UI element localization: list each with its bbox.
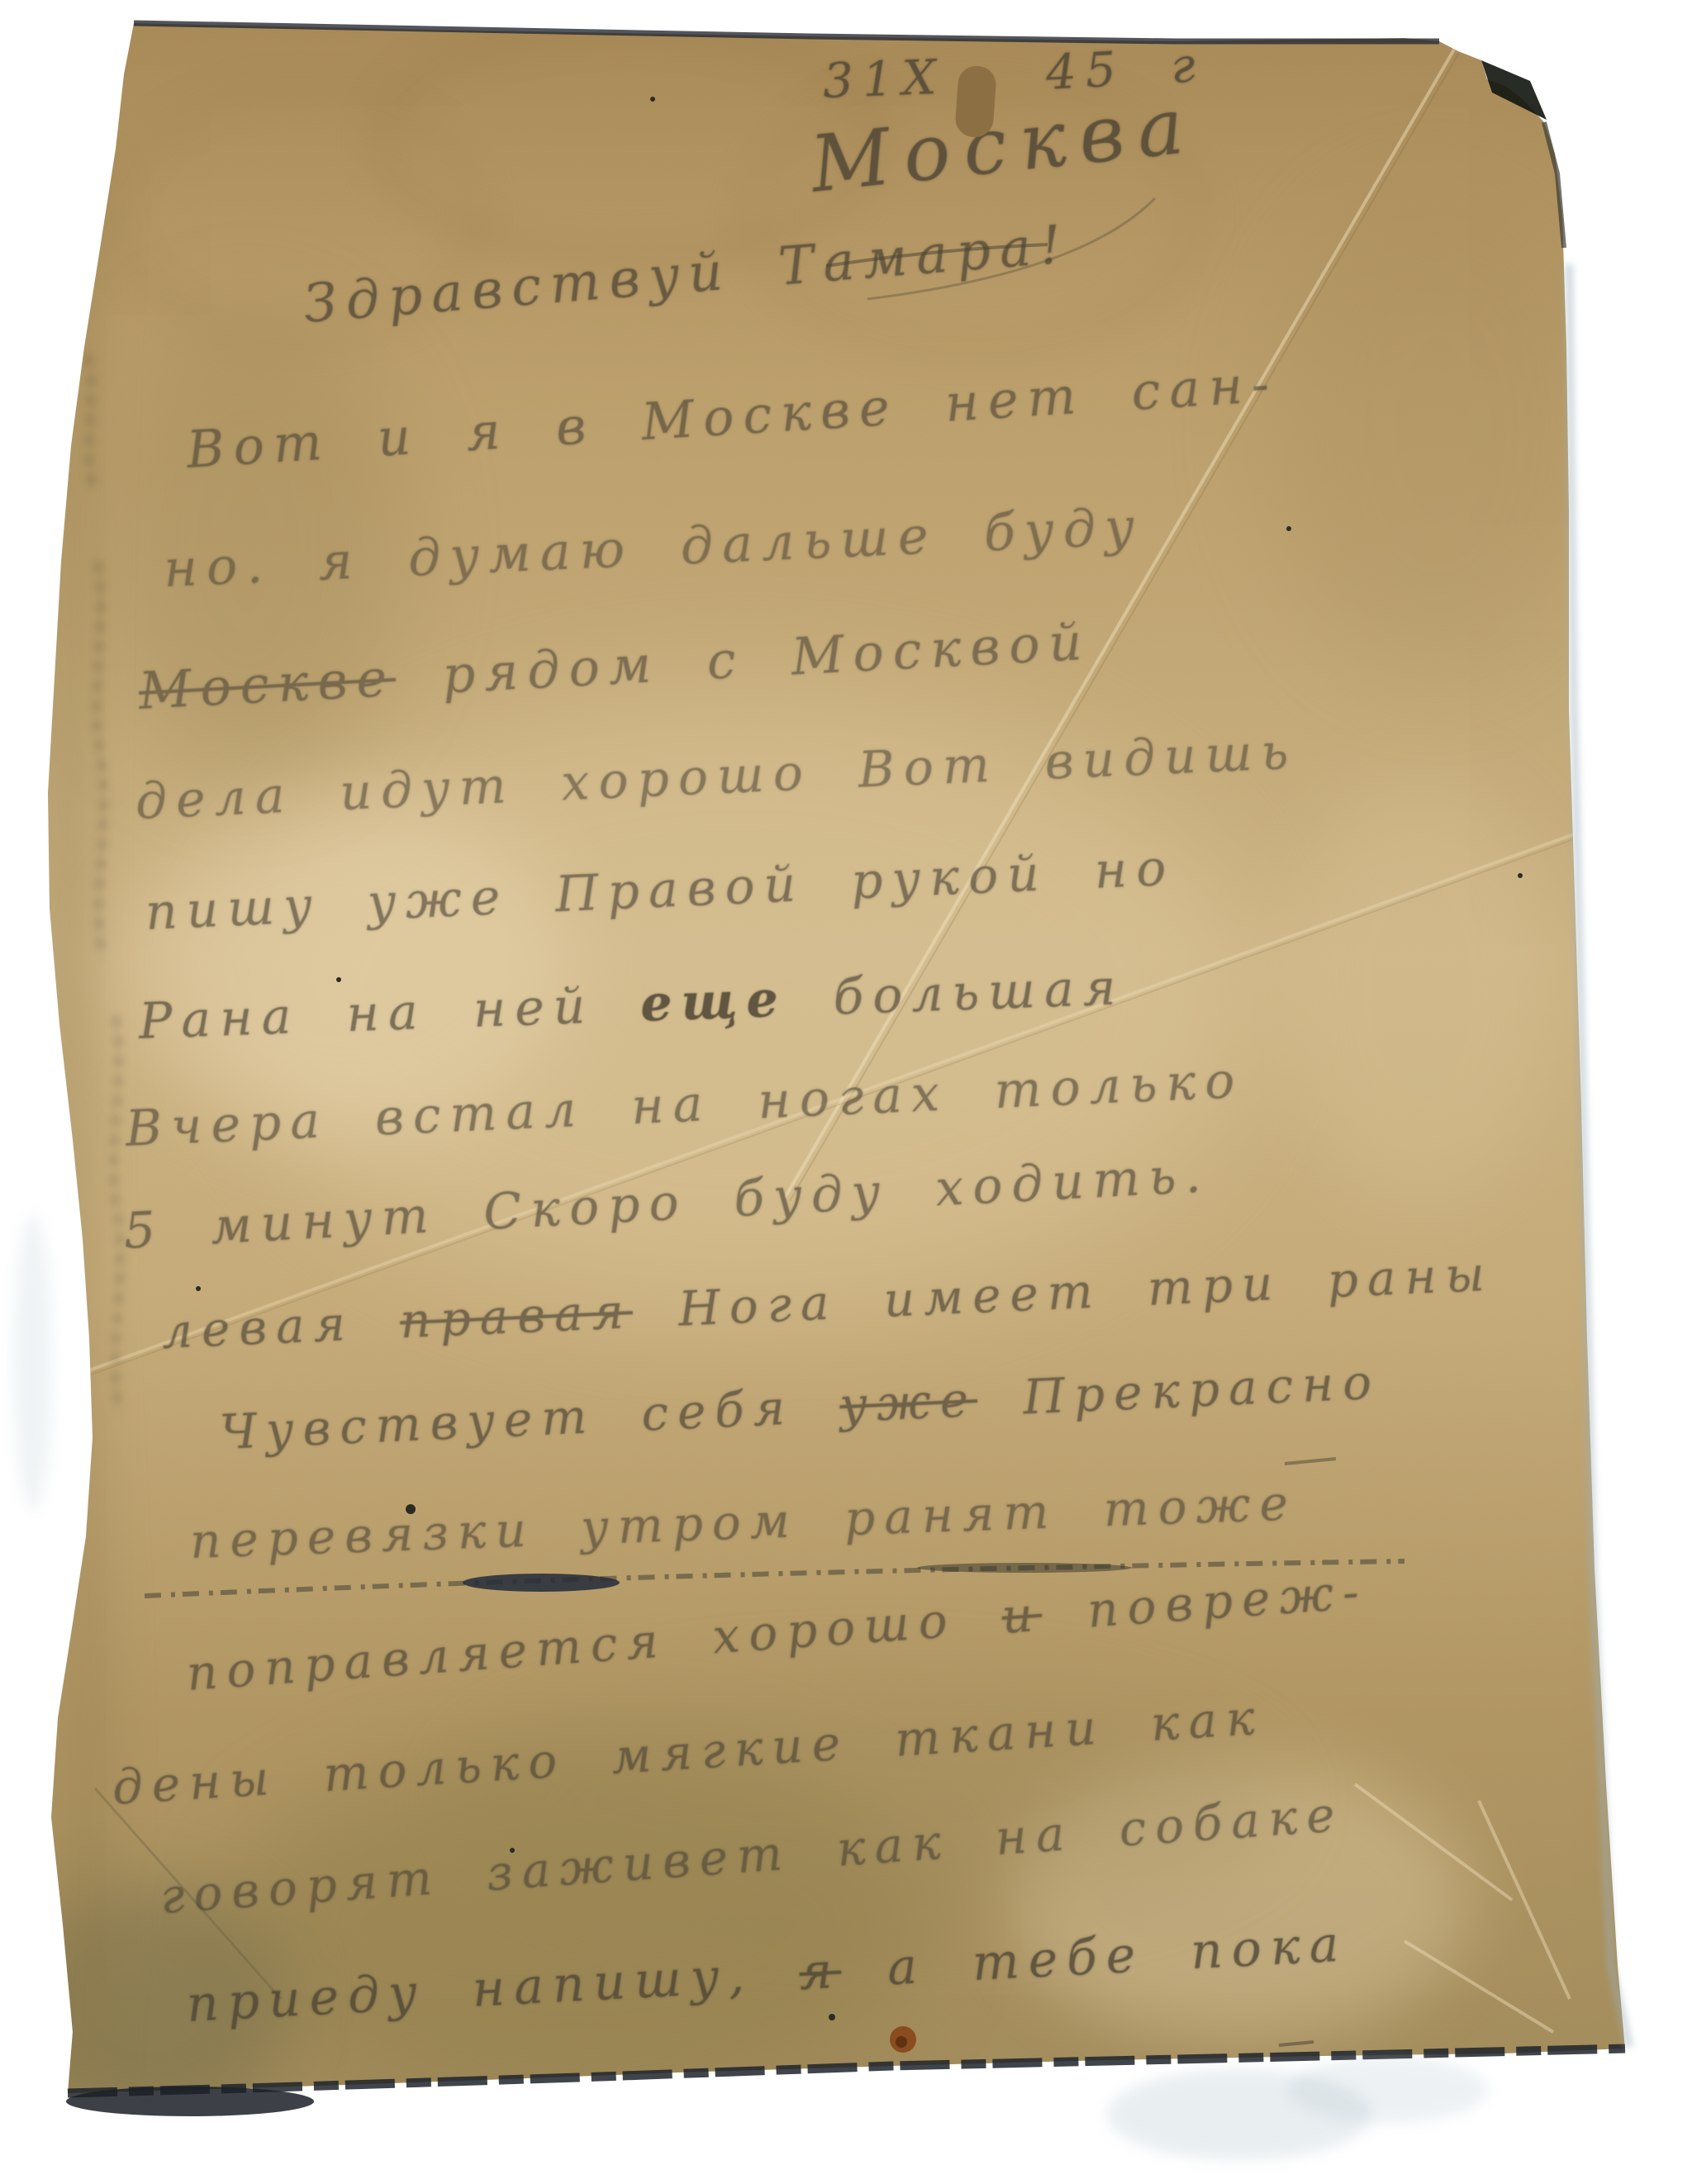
left-edge-shading <box>64 165 88 2090</box>
dark-stain <box>91 314 405 776</box>
dark-stain <box>454 1677 1281 1925</box>
fold-ink-blotch <box>463 1574 620 1592</box>
dark-stain <box>1264 182 1611 677</box>
light-patch <box>124 793 570 1140</box>
light-patch <box>1281 776 1561 1206</box>
fold-dirt <box>917 1563 1132 1573</box>
bottom-left-smudge <box>66 2087 314 2116</box>
paper-stains <box>0 0 1692 2184</box>
paper-artwork <box>0 0 1692 2184</box>
redaction-patch <box>954 65 997 139</box>
letter-photo: 31X 45 г Москва Здравствуй Тамара! Вот и… <box>0 0 1692 2184</box>
rust-dot-core <box>896 2036 907 2048</box>
